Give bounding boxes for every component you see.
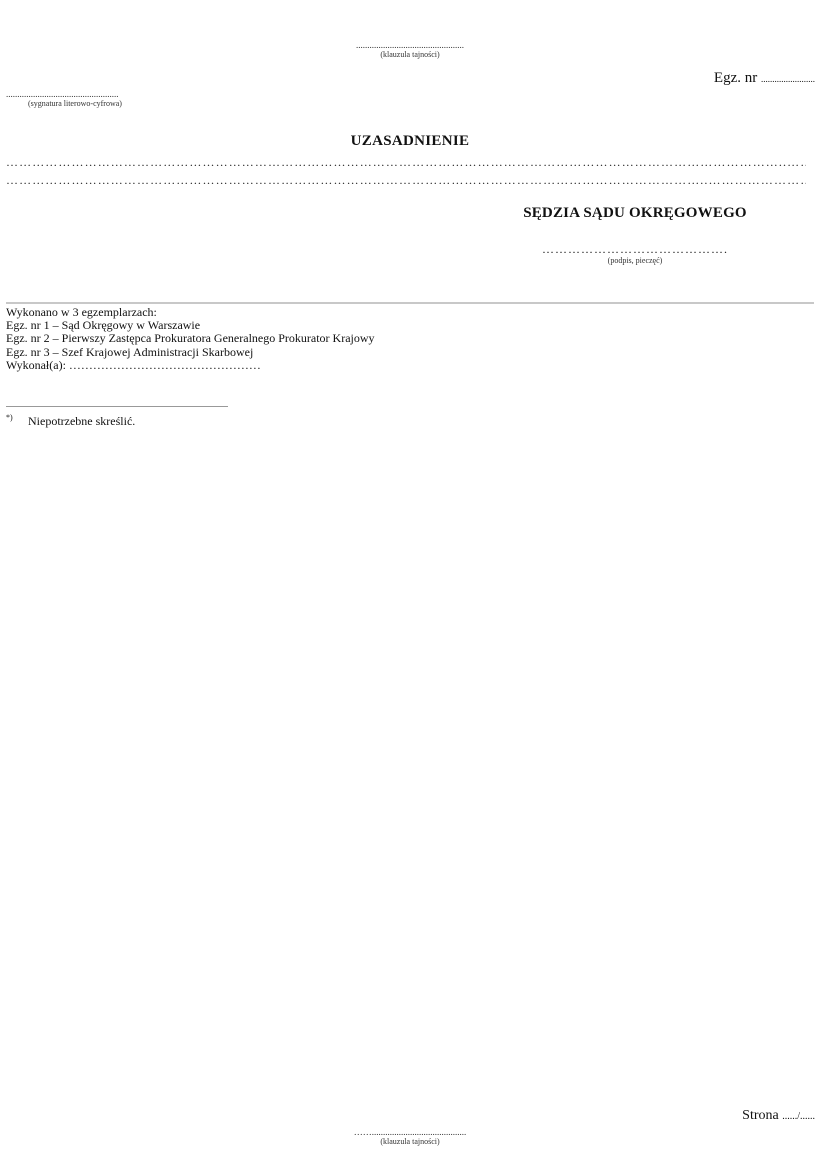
divider xyxy=(6,302,814,304)
judge-signature-field[interactable]: ……………………………………. xyxy=(520,243,750,256)
copy-number-label: Egz. nr xyxy=(714,70,757,86)
page-label: Strona xyxy=(742,1108,779,1123)
judge-signature-caption: (podpis, pieczęć) xyxy=(520,256,750,266)
footnote-mark: *) xyxy=(6,411,28,425)
footnote: *)Niepotrzebne skreślić. xyxy=(6,411,135,428)
distribution-copy-2: Egz. nr 2 – Pierwszy Zastępca Prokurator… xyxy=(6,332,375,345)
distribution-copy-3: Egz. nr 3 – Szef Krajowej Administracji … xyxy=(6,346,375,359)
page-number: Strona ....../...... xyxy=(742,1108,815,1124)
justification-line-2[interactable]: …………………………………………………………………………………………………………… xyxy=(6,173,806,188)
distribution-list: Wykonano w 3 egzemplarzach: Egz. nr 1 – … xyxy=(6,306,375,372)
signature-caption: (sygnatura literowo-cyfrowa) xyxy=(6,99,166,109)
justification-line-1[interactable]: …………………………………………………………………………………………………………… xyxy=(6,155,806,170)
page-number-field[interactable]: ....../...... xyxy=(782,1111,815,1122)
classification-field[interactable]: ........................................… xyxy=(300,40,520,50)
signature-field[interactable]: ........................................… xyxy=(6,89,166,99)
judge-signature: ……………………………………. (podpis, pieczęć) xyxy=(520,243,750,266)
copy-number: Egz. nr ........................ xyxy=(714,70,815,87)
classification-caption: (klauzula tajności) xyxy=(300,50,520,60)
bottom-classification-field[interactable]: ……......................................… xyxy=(300,1127,520,1137)
case-signature: ........................................… xyxy=(6,89,166,109)
judge-title: SĘDZIA SĄDU OKRĘGOWEGO xyxy=(510,205,760,222)
copy-number-field[interactable]: ........................ xyxy=(761,74,815,84)
bottom-classification-clause: ……......................................… xyxy=(300,1127,520,1147)
footnote-text: Niepotrzebne skreślić. xyxy=(28,414,135,428)
bottom-classification-caption: (klauzula tajności) xyxy=(300,1137,520,1147)
prepared-by-field[interactable]: Wykonał(a): ………………………………………… xyxy=(6,359,375,372)
footnote-divider xyxy=(6,406,228,407)
document-title: UZASADNIENIE xyxy=(0,133,820,150)
top-classification-clause: ........................................… xyxy=(300,40,520,60)
